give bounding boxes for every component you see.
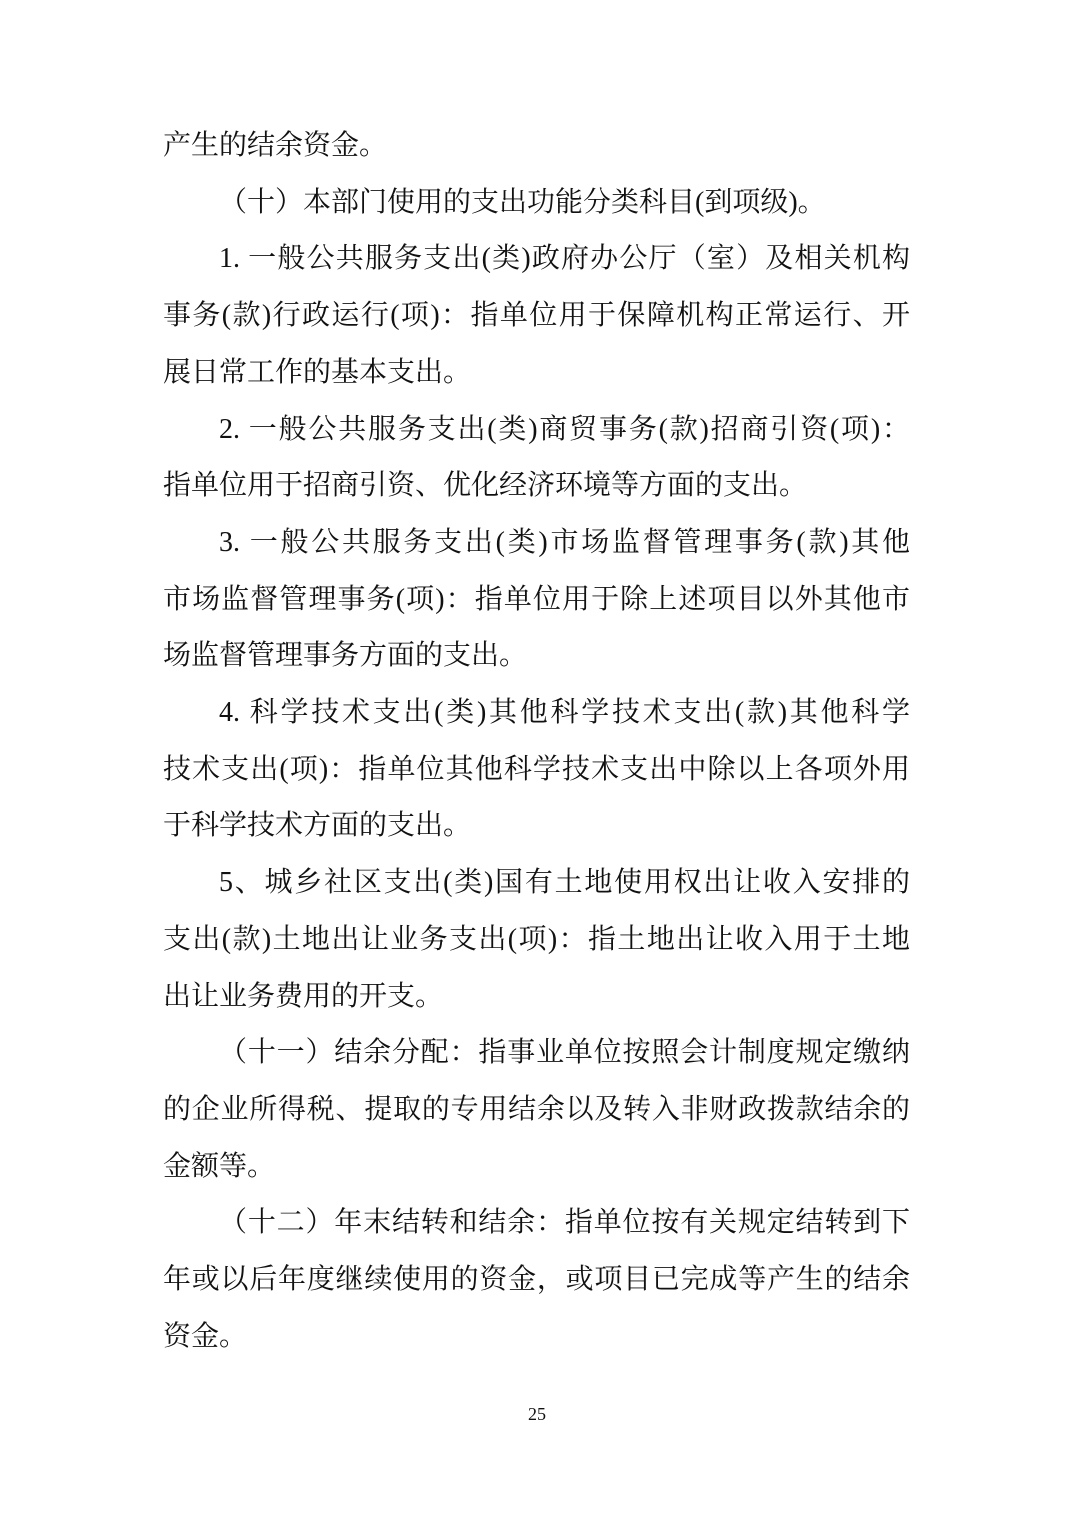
paragraph-subitem-1: 1. 一般公共服务支出(类)政府办公厅（室）及相关机构 事务(款)行政运行(项)… bbox=[163, 231, 910, 401]
text-line: （十二）年末结转和结余：指单位按有关规定结转到下 bbox=[163, 1195, 910, 1252]
text-line: 金额等。 bbox=[163, 1139, 910, 1196]
text-line: （十一）结余分配：指事业单位按照会计制度规定缴纳 bbox=[163, 1025, 910, 1082]
text-line: 支出(款)土地出让业务支出(项)：指土地出让收入用于土地 bbox=[163, 912, 910, 969]
text-line: 事务(款)行政运行(项)：指单位用于保障机构正常运行、开 bbox=[163, 288, 910, 345]
text-line: 展日常工作的基本支出。 bbox=[163, 345, 910, 402]
text-line: 指单位用于招商引资、优化经济环境等方面的支出。 bbox=[163, 458, 910, 515]
text-line: 出让业务费用的开支。 bbox=[163, 969, 910, 1026]
paragraph-subitem-2: 2. 一般公共服务支出(类)商贸事务(款)招商引资(项)： 指单位用于招商引资、… bbox=[163, 402, 910, 515]
paragraph-subitem-3: 3. 一般公共服务支出(类)市场监督管理事务(款)其他 市场监督管理事务(项)：… bbox=[163, 515, 910, 685]
paragraph-carryover: 产生的结余资金。 bbox=[163, 118, 910, 175]
text-line: 2. 一般公共服务支出(类)商贸事务(款)招商引资(项)： bbox=[163, 402, 910, 459]
paragraph-item-11: （十一）结余分配：指事业单位按照会计制度规定缴纳 的企业所得税、提取的专用结余以… bbox=[163, 1025, 910, 1195]
text-line: 技术支出(项)：指单位其他科学技术支出中除以上各项外用 bbox=[163, 742, 910, 799]
document-body: 产生的结余资金。 （十）本部门使用的支出功能分类科目(到项级)。 1. 一般公共… bbox=[163, 118, 910, 1365]
text-line: 场监督管理事务方面的支出。 bbox=[163, 628, 910, 685]
paragraph-item-12: （十二）年末结转和结余：指单位按有关规定结转到下 年或以后年度继续使用的资金，或… bbox=[163, 1195, 910, 1365]
text-line: 5、城乡社区支出(类)国有土地使用权出让收入安排的 bbox=[163, 855, 910, 912]
text-line: 3. 一般公共服务支出(类)市场监督管理事务(款)其他 bbox=[163, 515, 910, 572]
text-line: （十）本部门使用的支出功能分类科目(到项级)。 bbox=[163, 175, 910, 232]
text-line: 市场监督管理事务(项)：指单位用于除上述项目以外其他市 bbox=[163, 572, 910, 629]
text-line: 的企业所得税、提取的专用结余以及转入非财政拨款结余的 bbox=[163, 1082, 910, 1139]
paragraph-subitem-5: 5、城乡社区支出(类)国有土地使用权出让收入安排的 支出(款)土地出让业务支出(… bbox=[163, 855, 910, 1025]
text-line: 资金。 bbox=[163, 1309, 910, 1366]
text-line: 产生的结余资金。 bbox=[163, 118, 910, 175]
text-line: 4. 科学技术支出(类)其他科学技术支出(款)其他科学 bbox=[163, 685, 910, 742]
text-line: 1. 一般公共服务支出(类)政府办公厅（室）及相关机构 bbox=[163, 231, 910, 288]
paragraph-subitem-4: 4. 科学技术支出(类)其他科学技术支出(款)其他科学 技术支出(项)：指单位其… bbox=[163, 685, 910, 855]
text-line: 于科学技术方面的支出。 bbox=[163, 798, 910, 855]
document-page: 产生的结余资金。 （十）本部门使用的支出功能分类科目(到项级)。 1. 一般公共… bbox=[0, 0, 1074, 1520]
paragraph-item-10: （十）本部门使用的支出功能分类科目(到项级)。 bbox=[163, 175, 910, 232]
page-number: 25 bbox=[0, 1402, 1074, 1426]
text-line: 年或以后年度继续使用的资金，或项目已完成等产生的结余 bbox=[163, 1252, 910, 1309]
